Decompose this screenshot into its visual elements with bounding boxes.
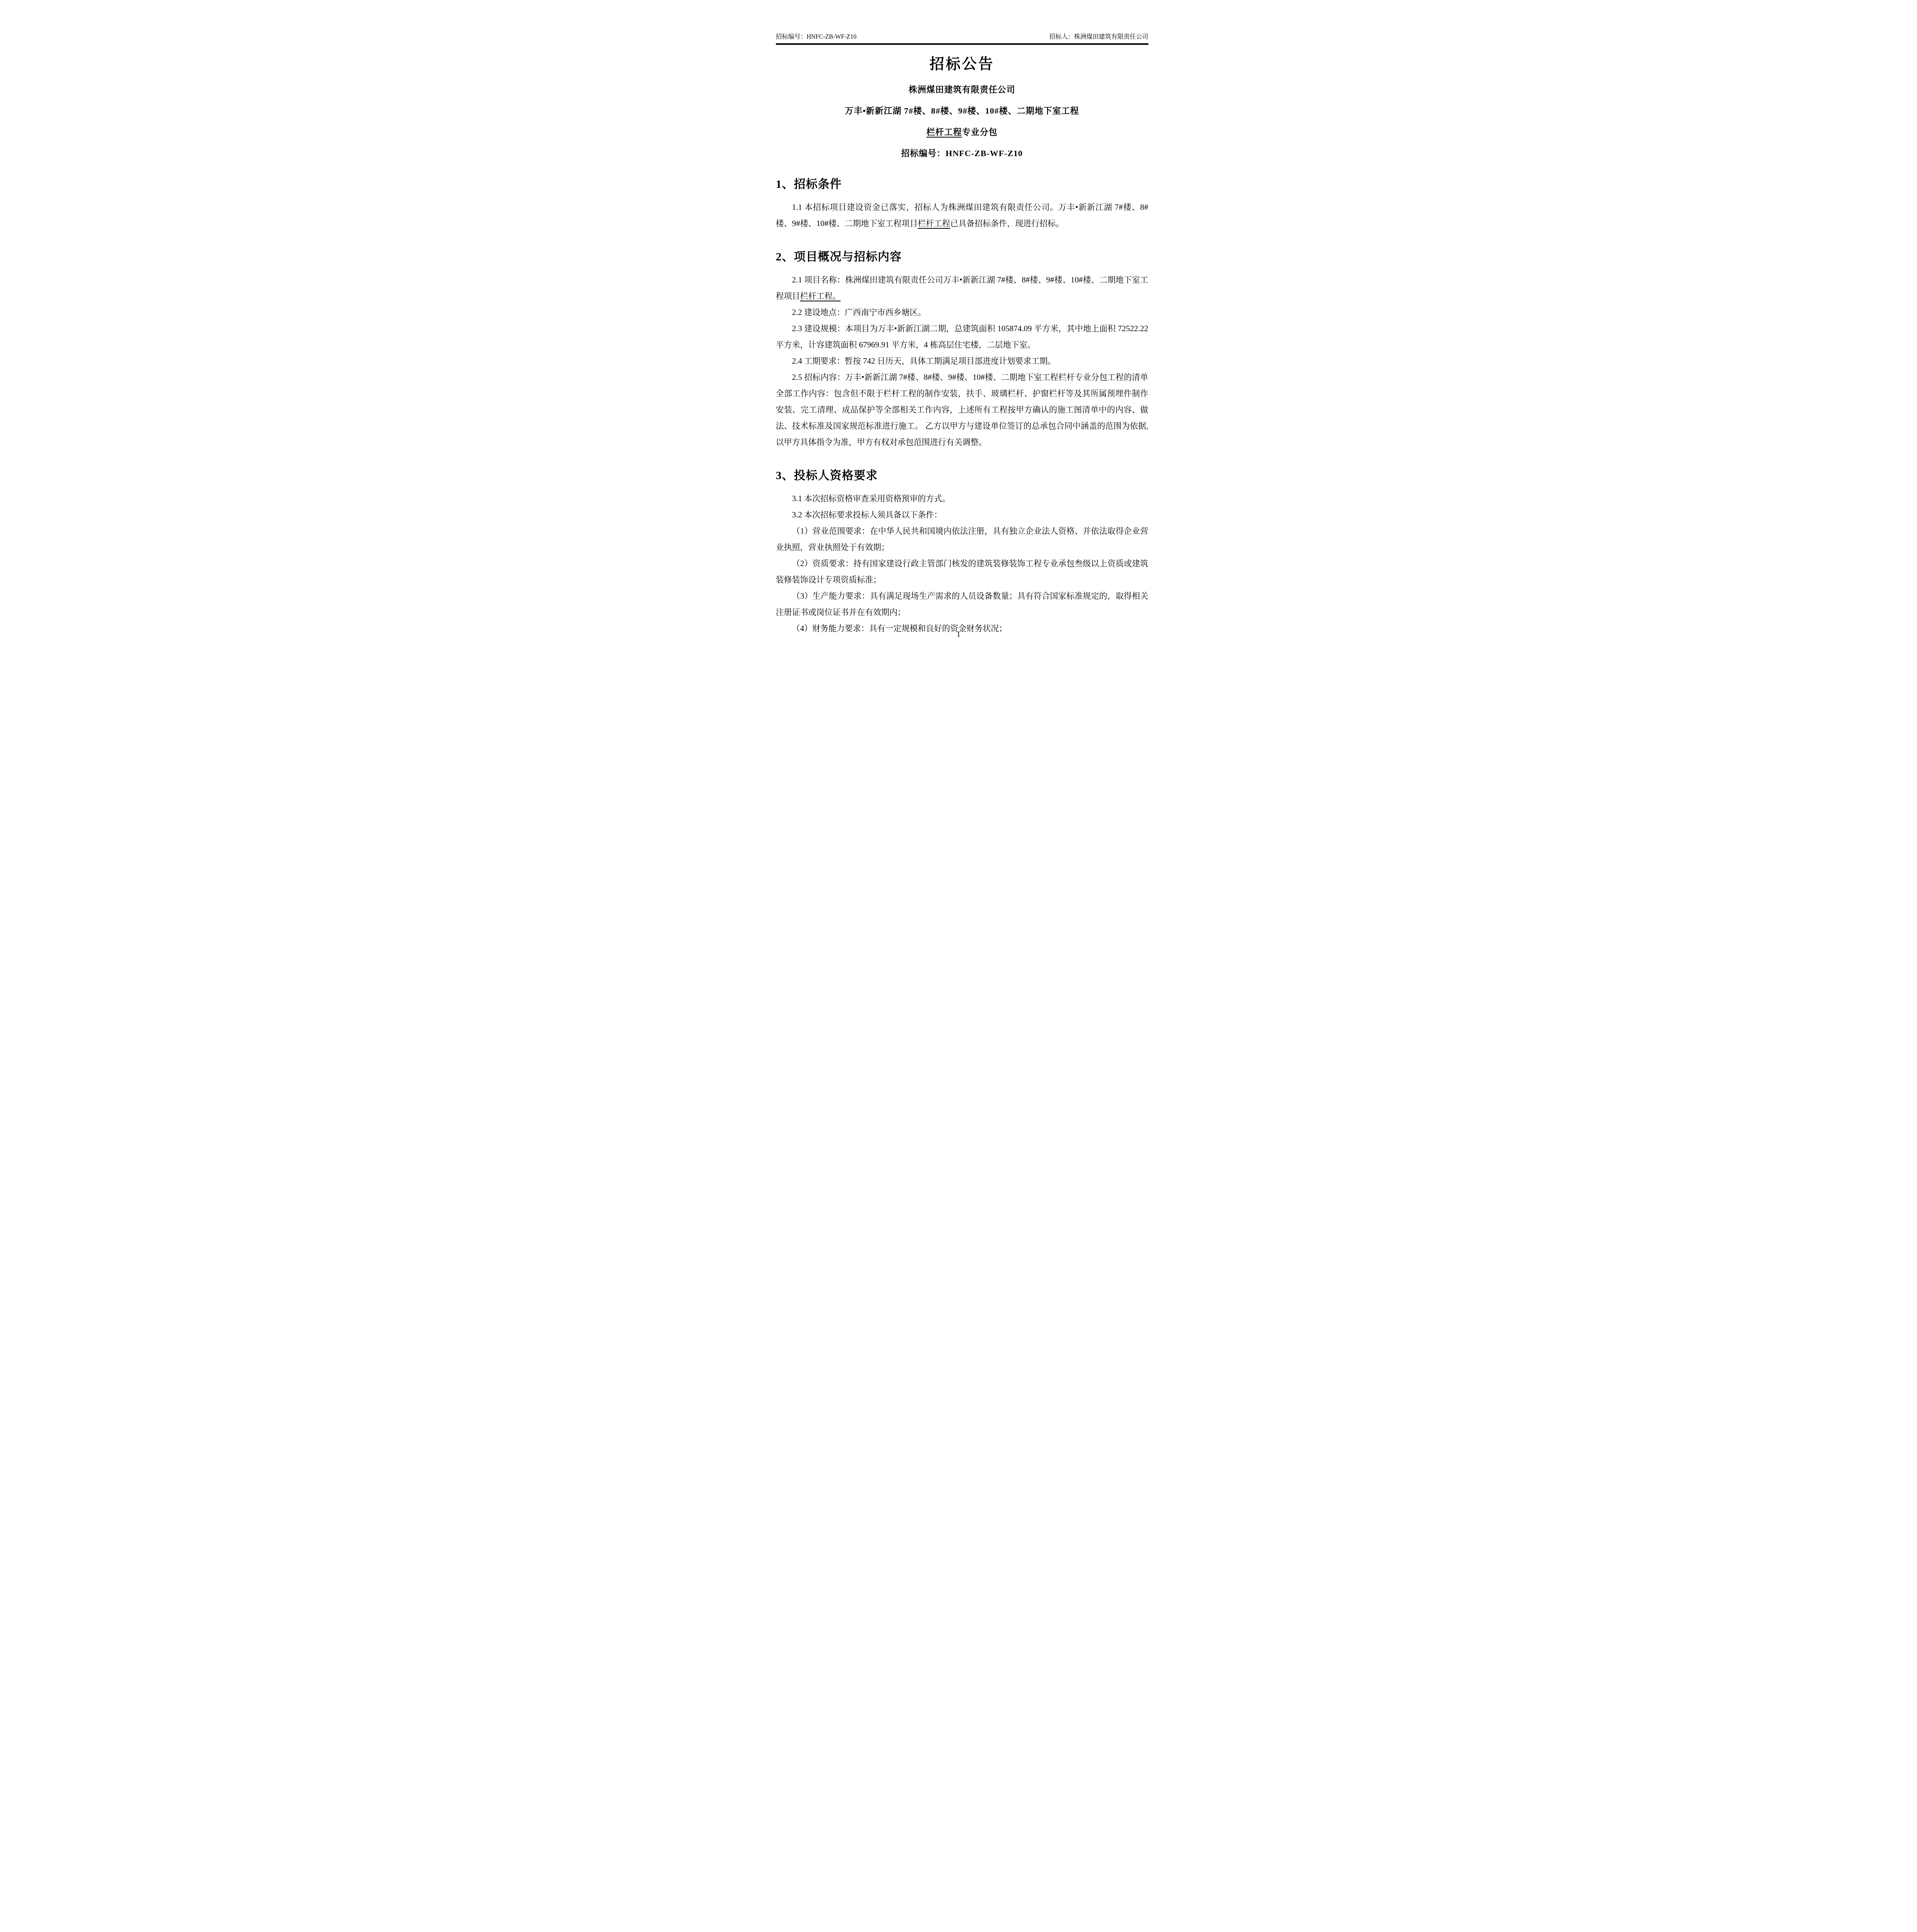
paragraph-2-4: 2.4 工期要求：暂按 742 日历天，具体工期满足项目部进度计划要求工期。 bbox=[776, 353, 1148, 369]
header-tenderer: 招标人：株洲煤田建筑有限责任公司 bbox=[1049, 33, 1148, 41]
paragraph-2-2: 2.2 建设地点：广西南宁市西乡塘区。 bbox=[776, 304, 1148, 320]
header-bid-number: 招标编号：HNFC-ZB-WF-Z10 bbox=[776, 33, 857, 41]
page-number: 1 bbox=[719, 630, 1198, 639]
section-1-heading: 1、招标条件 bbox=[776, 174, 1148, 191]
paragraph-3-2-item-3: （3）生产能力要求：具有满足现场生产需求的人员设备数量；具有符合国家标准规定的，… bbox=[776, 588, 1148, 620]
paragraph-2-1: 2.1 项目名称：株洲煤田建筑有限责任公司万丰•新新江湖 7#楼、8#楼、9#楼… bbox=[776, 272, 1148, 304]
intro-package-line: 栏杆工程专业分包 bbox=[776, 126, 1148, 138]
section-3-heading: 3、投标人资格要求 bbox=[776, 466, 1148, 483]
document-page: 招标编号：HNFC-ZB-WF-Z10 招标人：株洲煤田建筑有限责任公司 招标公… bbox=[719, 0, 1198, 678]
header-rule bbox=[776, 43, 1148, 45]
paragraph-3-2: 3.2 本次招标要求投标人须具备以下条件： bbox=[776, 507, 1148, 523]
paragraph-2-1-run-2-underlined: 栏杆工程。 bbox=[800, 291, 841, 301]
paragraph-1-1-run-2-underlined: 栏杆工程 bbox=[918, 219, 950, 228]
intro-package-underlined: 栏杆工程 bbox=[926, 127, 962, 137]
paragraph-3-2-item-2: （2）资质要求：持有国家建设行政主管部门核发的建筑装修装饰工程专业承包叁级以上资… bbox=[776, 555, 1148, 588]
page-header: 招标编号：HNFC-ZB-WF-Z10 招标人：株洲煤田建筑有限责任公司 bbox=[776, 33, 1148, 41]
paragraph-2-5: 2.5 招标内容：万丰•新新江湖 7#楼、8#楼、9#楼、10#楼、二期地下室工… bbox=[776, 369, 1148, 450]
paragraph-3-2-item-1: （1）营业范围要求：在中华人民共和国境内依法注册，具有独立企业法人资格、并依法取… bbox=[776, 523, 1148, 555]
intro-company: 株洲煤田建筑有限责任公司 bbox=[776, 83, 1148, 95]
paragraph-2-3: 2.3 建设规模：本项目为万丰•新新江湖二期，总建筑面积 105874.09 平… bbox=[776, 320, 1148, 353]
section-2-heading: 2、项目概况与招标内容 bbox=[776, 247, 1148, 264]
doc-title: 招标公告 bbox=[776, 52, 1148, 73]
intro-package-suffix: 专业分包 bbox=[962, 127, 998, 137]
paragraph-3-1: 3.1 本次招标资格审查采用资格预审的方式。 bbox=[776, 490, 1148, 507]
paragraph-1-1-run-3: 已具备招标条件，现进行招标。 bbox=[950, 219, 1064, 228]
paragraph-1-1: 1.1 本招标项目建设资金已落实，招标人为株洲煤田建筑有限责任公司。万丰•新新江… bbox=[776, 199, 1148, 231]
intro-project-line: 万丰•新新江湖 7#楼、8#楼、9#楼、10#楼、二期地下室工程 bbox=[776, 104, 1148, 116]
intro-bid-number-line: 招标编号：HNFC-ZB-WF-Z10 bbox=[776, 147, 1148, 159]
